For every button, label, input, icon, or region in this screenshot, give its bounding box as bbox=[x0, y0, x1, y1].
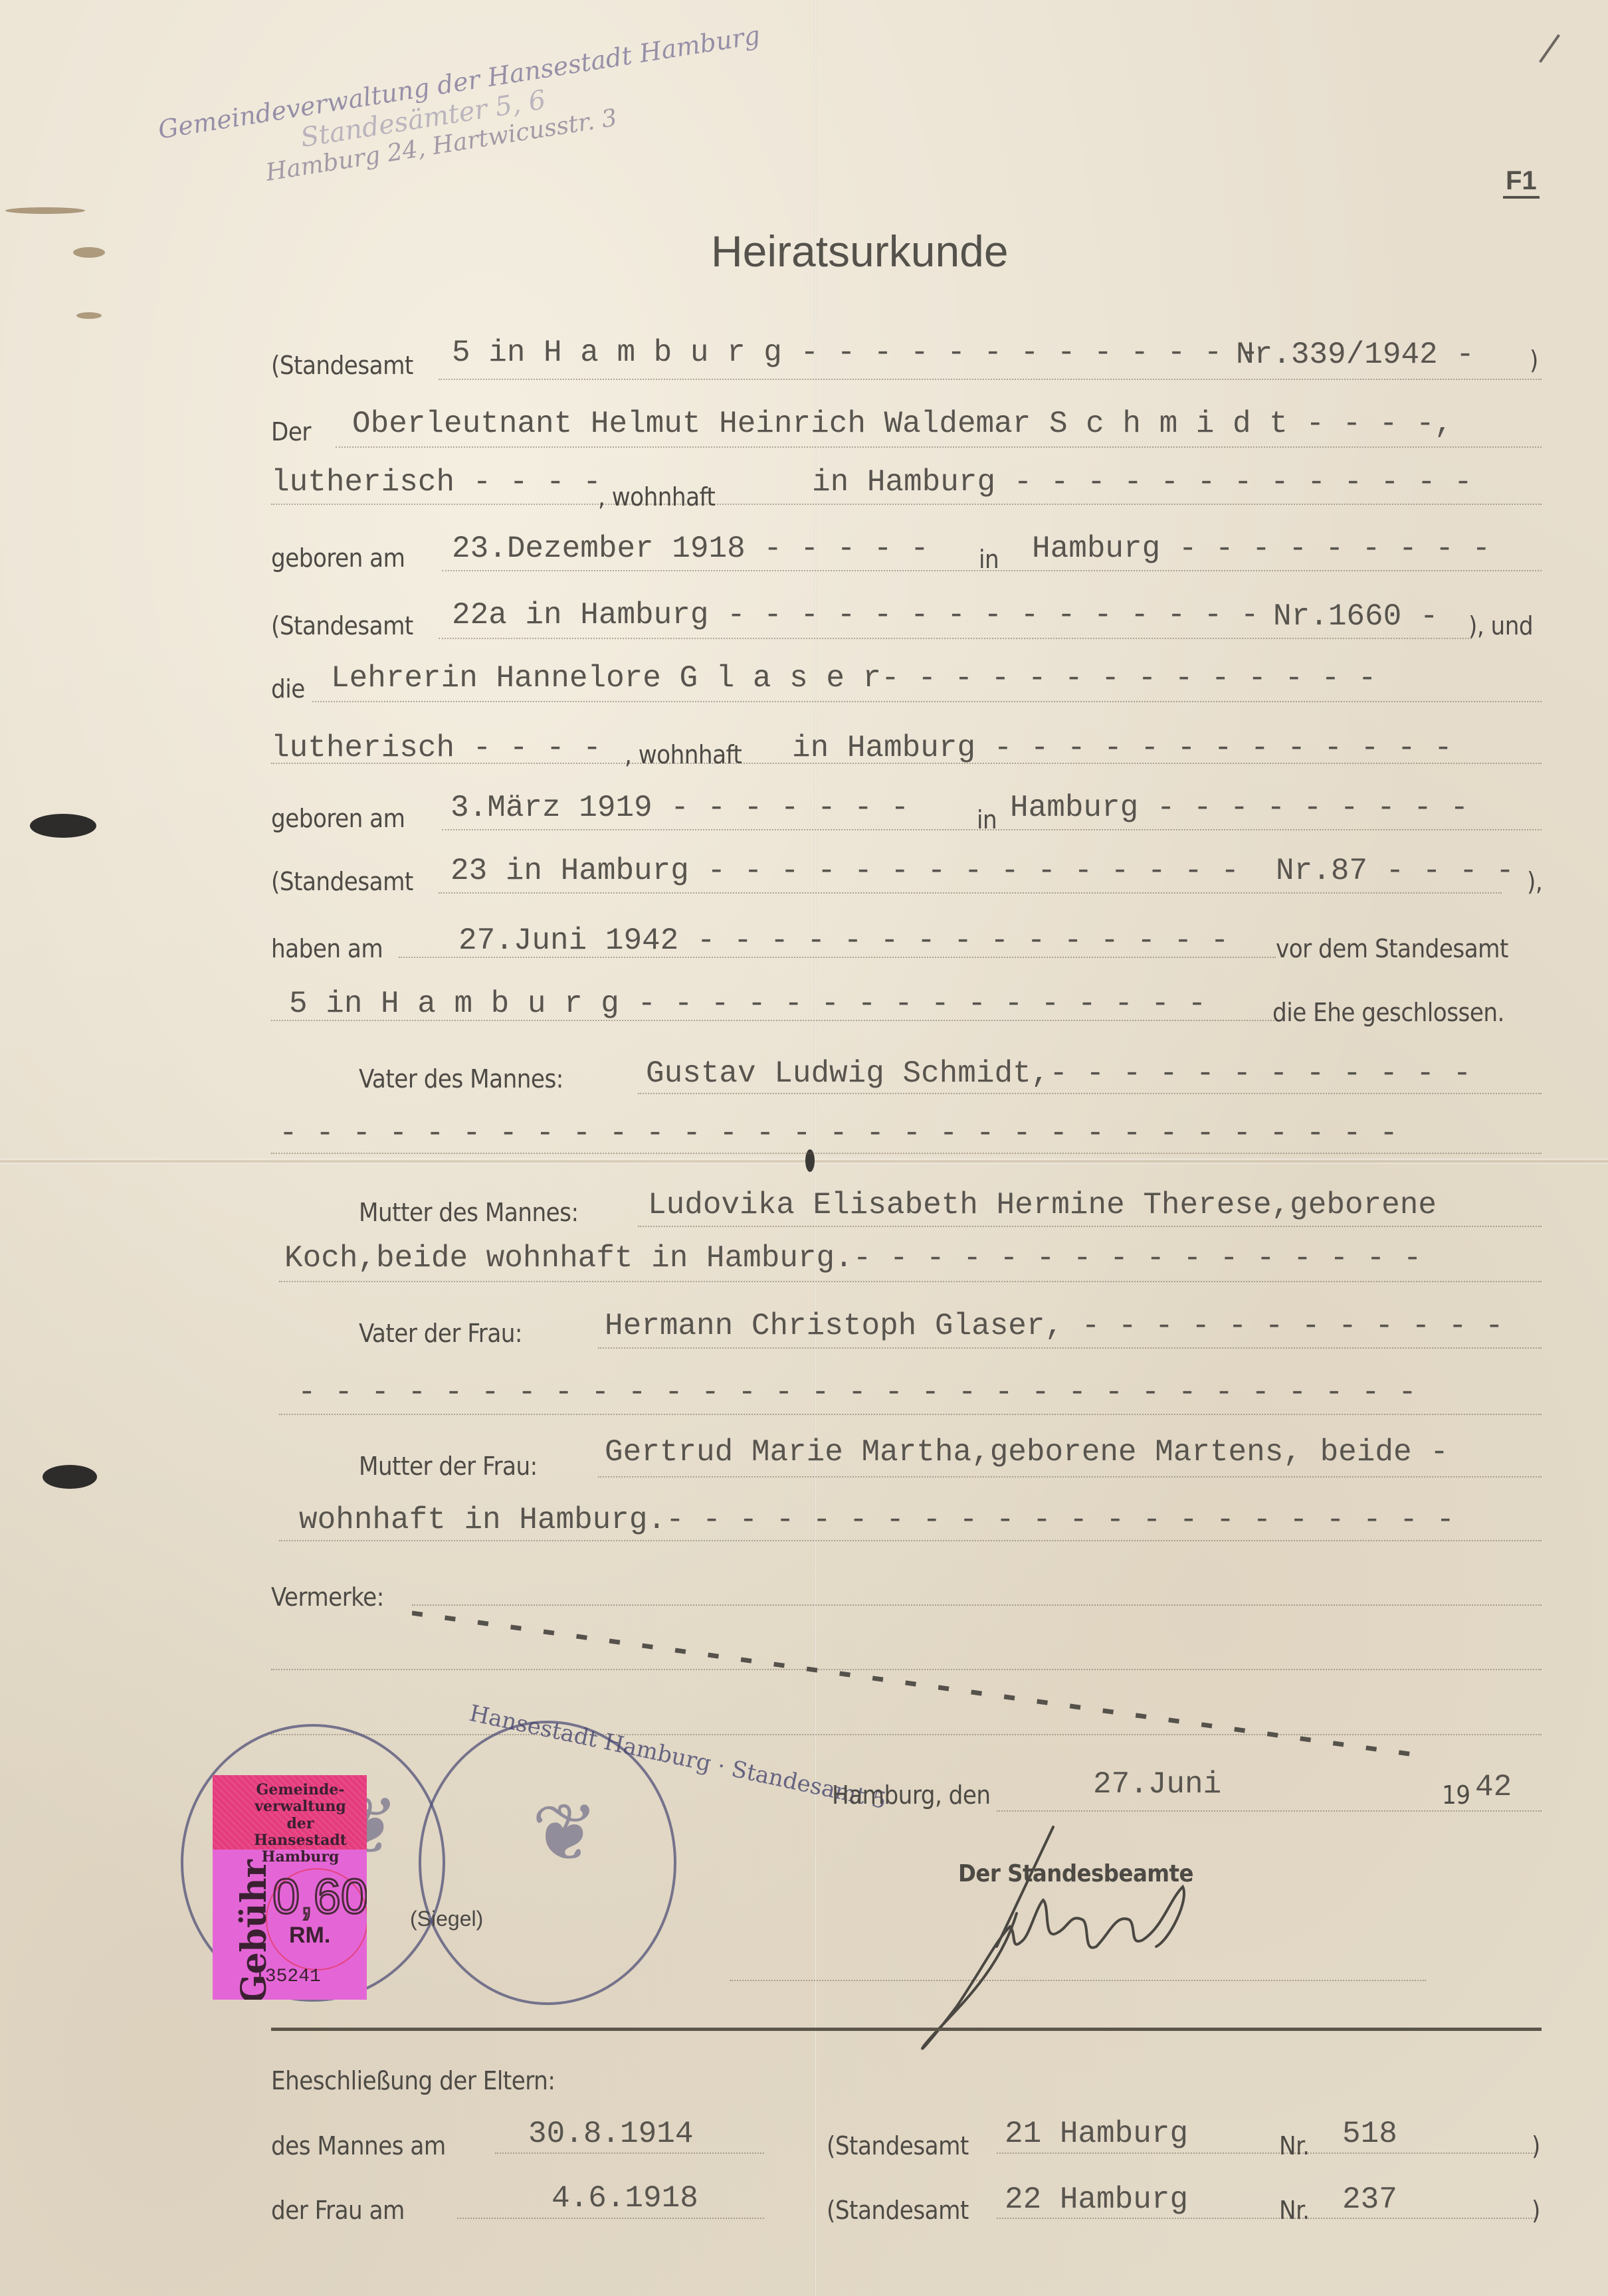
label-haben-am: haben am bbox=[271, 934, 383, 963]
label-standesamt: (Standesamt bbox=[827, 2131, 969, 2160]
groom-birth-place: Hamburg - - - - - - - - - bbox=[1032, 531, 1490, 566]
bride-name: Lehrerin Hannelore G l a s e r- - - - - … bbox=[331, 661, 1376, 696]
fill-line bbox=[495, 2152, 764, 2154]
paren-close: ) bbox=[1530, 345, 1538, 375]
fill-line bbox=[279, 1414, 1542, 1415]
mother-of-bride: Gertrud Marie Martha,geborene Martens, b… bbox=[605, 1435, 1449, 1470]
groom-parents-office: 21 Hamburg bbox=[1005, 2117, 1188, 2151]
label-die-ehe-geschlossen: die Ehe geschlossen. bbox=[1272, 998, 1504, 1027]
issue-date: 27.Juni bbox=[1093, 1767, 1221, 1802]
groom-residence: in Hamburg - - - - - - - - - - - - - bbox=[812, 465, 1472, 500]
register-office: 5 in H a m b u r g - - - - - - - - - - -… bbox=[452, 335, 1259, 370]
bride-residence: in Hamburg - - - - - - - - - - - - - bbox=[792, 731, 1453, 765]
label-nr: Nr. bbox=[1279, 2131, 1309, 2160]
father-of-groom-cont: - - - - - - - - - - - - - - - - - - - - … bbox=[279, 1116, 1398, 1151]
label-die: die bbox=[271, 674, 305, 704]
label-standesamt: (Standesamt bbox=[827, 2196, 969, 2225]
label-wohnhaft: , wohnhaft bbox=[625, 740, 742, 769]
fill-line bbox=[312, 701, 1542, 702]
bride-birth-office: 23 in Hamburg - - - - - - - - - - - - - … bbox=[451, 854, 1239, 888]
fee-stamp-issuer: Gemeinde- verwaltung der Hansestadt Hamb… bbox=[241, 1782, 360, 1865]
label-standesamt: (Standesamt bbox=[271, 867, 413, 896]
paren-close: ), bbox=[1527, 867, 1542, 896]
fill-line bbox=[279, 1281, 1542, 1282]
bride-birth-date: 3.März 1919 - - - - - - - bbox=[451, 791, 909, 825]
fill-line bbox=[336, 446, 1542, 448]
groom-birth-office: 22a in Hamburg - - - - - - - - - - - - -… bbox=[452, 598, 1259, 632]
label-wohnhaft: , wohnhaft bbox=[598, 482, 715, 512]
fill-line bbox=[457, 2218, 764, 2219]
groom-birth-date: 23.Dezember 1918 - - - - - bbox=[452, 531, 929, 566]
fill-line bbox=[279, 1540, 1542, 1541]
remarks-line-1 bbox=[412, 1604, 1542, 1606]
label-nr: Nr. bbox=[1279, 2196, 1309, 2225]
mother-of-bride-cont: wohnhaft in Hamburg.- - - - - - - - - - … bbox=[299, 1503, 1455, 1537]
groom-parents-marriage-date: 30.8.1914 bbox=[528, 2117, 693, 2151]
fee-stamp-value: 0,60 bbox=[272, 1868, 367, 1925]
paren-close: ) bbox=[1532, 2131, 1540, 2160]
official-signature bbox=[917, 1807, 1289, 2059]
horizontal-fold bbox=[0, 1159, 1608, 1164]
label-vor-dem-standesamt: vor dem Standesamt bbox=[1276, 934, 1508, 963]
marriage-date: 27.Juni 1942 - - - - - - - - - - - - - -… bbox=[458, 923, 1229, 958]
fill-line bbox=[638, 1226, 1542, 1227]
fee-stamp: Gemeinde- verwaltung der Hansestadt Hamb… bbox=[213, 1775, 367, 2000]
fee-stamp-serial: 135241 bbox=[254, 1966, 321, 1987]
label-year-prefix: 19 bbox=[1442, 1780, 1470, 1810]
label-der-frau-am: der Frau am bbox=[271, 2196, 405, 2225]
fill-line bbox=[439, 638, 1472, 639]
label-standesamt: (Standesamt bbox=[271, 611, 413, 640]
label-vermerke: Vermerke: bbox=[271, 1582, 384, 1612]
fill-line bbox=[997, 2152, 1535, 2154]
paren-close-und: ), und bbox=[1468, 611, 1533, 640]
form-number: F1 bbox=[1503, 166, 1540, 199]
label-geboren-am: geboren am bbox=[271, 804, 405, 833]
margin-mark bbox=[5, 207, 85, 214]
fill-line bbox=[638, 1093, 1542, 1094]
document-title: Heiratsurkunde bbox=[711, 226, 1009, 276]
groom-name: Oberleutnant Helmut Heinrich Waldemar S … bbox=[352, 407, 1453, 441]
fill-line bbox=[439, 892, 1502, 894]
fill-line bbox=[598, 1347, 1542, 1349]
father-of-groom: Gustav Ludwig Schmidt,- - - - - - - - - … bbox=[646, 1056, 1471, 1091]
label-vater-der-frau: Vater der Frau: bbox=[359, 1319, 522, 1348]
label-vater-des-mannes: Vater des Mannes: bbox=[359, 1064, 563, 1094]
fill-line bbox=[997, 2218, 1535, 2219]
label-mutter-der-frau: Mutter der Frau: bbox=[359, 1452, 538, 1481]
registry-office-stamp: Gemeindeverwaltung der Hansestadt Hambur… bbox=[156, 21, 771, 203]
punch-hole-top bbox=[30, 814, 96, 838]
bride-parents-office: 22 Hamburg bbox=[1005, 2182, 1188, 2217]
label-in: in bbox=[979, 545, 999, 574]
issue-year: 42 bbox=[1475, 1770, 1512, 1804]
fee-stamp-currency: RM. bbox=[289, 1923, 330, 1949]
eagle-emblem-icon: ❦ bbox=[532, 1787, 599, 1879]
paren-close: ) bbox=[1532, 2196, 1540, 2225]
fill-line bbox=[439, 379, 1542, 380]
fill-line bbox=[271, 1153, 1542, 1154]
label-des-mannes-am: des Mannes am bbox=[271, 2131, 446, 2160]
margin-mark bbox=[76, 312, 102, 319]
label-eheschliessung-der-eltern: Eheschließung der Eltern: bbox=[271, 2066, 555, 2095]
father-of-bride-cont: - - - - - - - - - - - - - - - - - - - - … bbox=[298, 1375, 1417, 1410]
label-geboren-am: geboren am bbox=[271, 543, 405, 573]
bride-birth-nr: Nr.87 - - - - bbox=[1276, 854, 1514, 888]
corner-tick-mark bbox=[1539, 34, 1560, 62]
bride-religion: lutherisch - - - - bbox=[271, 731, 601, 765]
groom-parents-nr: 518 bbox=[1342, 2117, 1397, 2151]
father-of-bride: Hermann Christoph Glaser, - - - - - - - … bbox=[605, 1309, 1504, 1343]
mother-of-groom-cont: Koch,beide wohnhaft in Hamburg.- - - - -… bbox=[284, 1241, 1422, 1276]
marriage-office: 5 in H a m b u r g - - - - - - - - - - -… bbox=[289, 987, 1206, 1021]
label-der: Der bbox=[271, 417, 311, 446]
fill-line bbox=[271, 504, 1542, 505]
label-standesamt: (Standesamt bbox=[271, 351, 413, 380]
mother-of-groom: Ludovika Elisabeth Hermine Therese,gebor… bbox=[648, 1188, 1437, 1222]
bride-parents-nr: 237 bbox=[1342, 2182, 1397, 2217]
label-in: in bbox=[977, 805, 997, 834]
register-number: Nr.339/1942 - bbox=[1236, 337, 1474, 372]
groom-birth-nr: Nr.1660 - bbox=[1273, 599, 1438, 634]
label-hamburg-den: Hamburg, den bbox=[832, 1780, 991, 1810]
section-divider bbox=[271, 2028, 1542, 2031]
punch-hole-bottom bbox=[43, 1465, 97, 1489]
bride-birth-place: Hamburg - - - - - - - - - bbox=[1010, 791, 1468, 825]
seal-label: (Siegel) bbox=[410, 1907, 483, 1931]
fill-line bbox=[598, 1476, 1542, 1478]
groom-religion: lutherisch - - - - bbox=[271, 465, 601, 500]
bride-parents-marriage-date: 4.6.1918 bbox=[552, 2181, 698, 2216]
margin-mark bbox=[73, 247, 105, 258]
label-mutter-des-mannes: Mutter des Mannes: bbox=[359, 1198, 579, 1227]
